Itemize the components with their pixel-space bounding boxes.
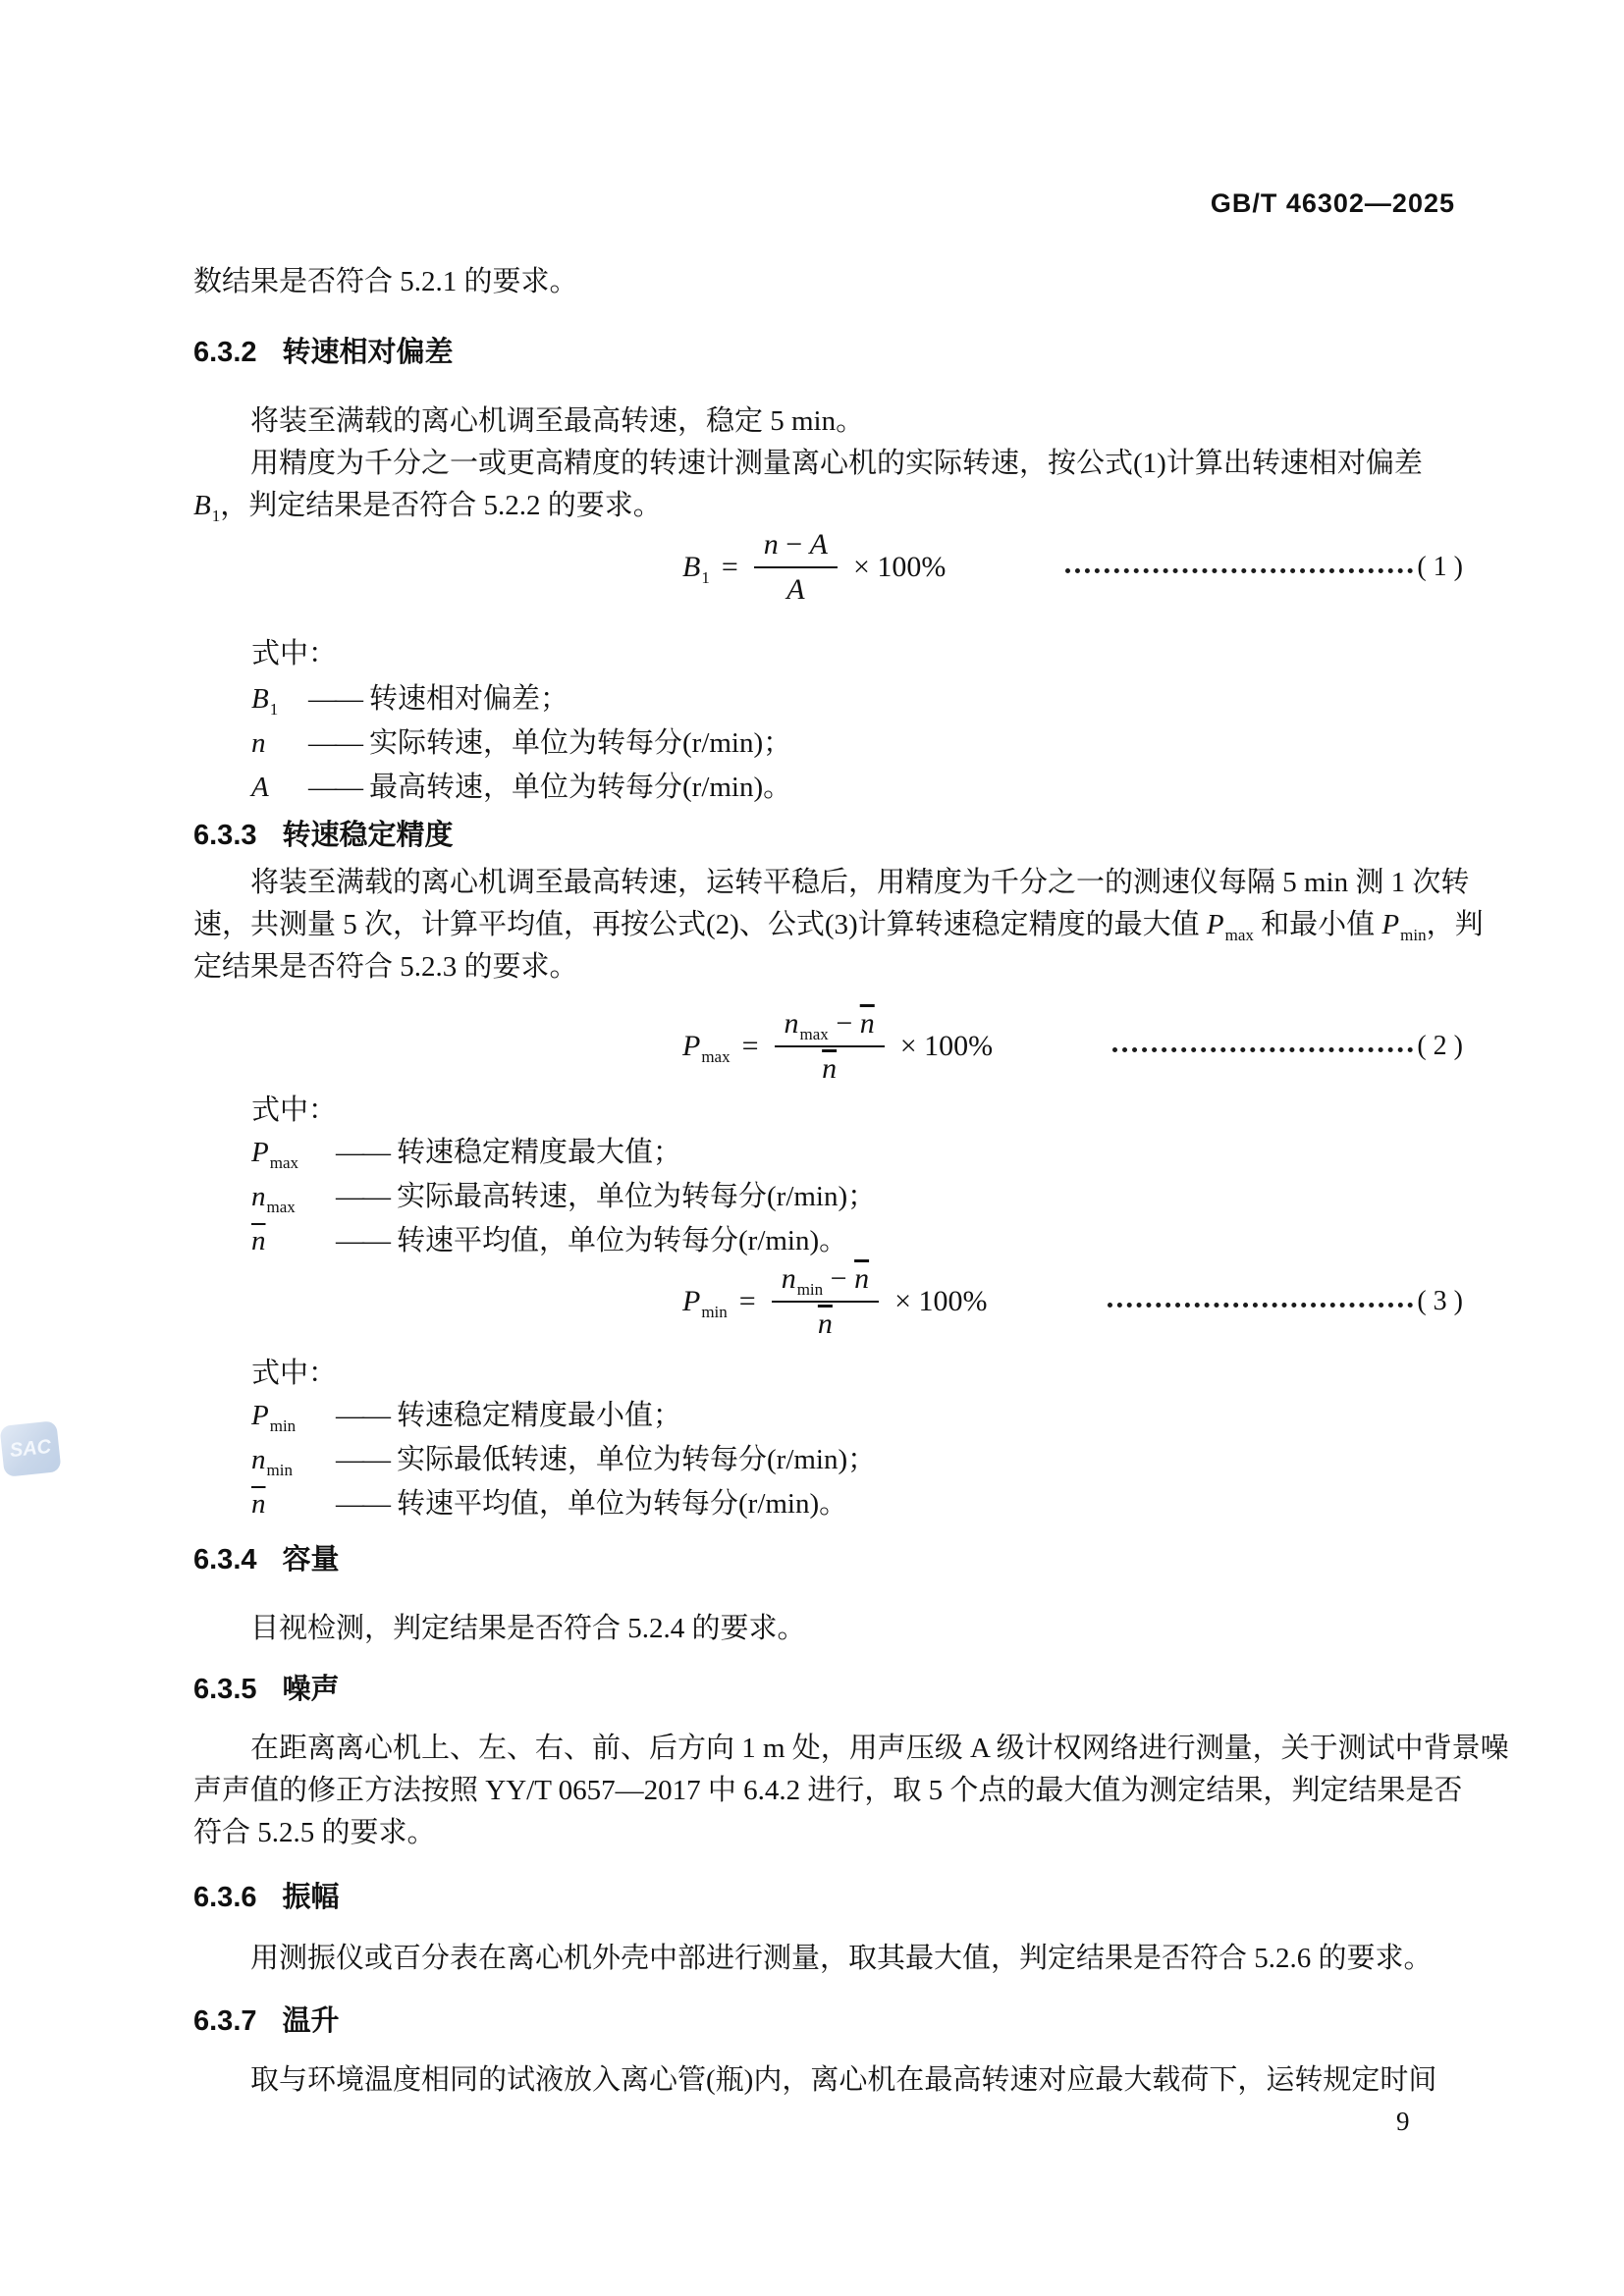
times-100-percent: × 100% [900, 1030, 993, 1063]
section-title: 温升 [283, 2005, 340, 2037]
definition-text: 实际最高转速，单位为转每分(r/min)； [397, 1175, 876, 1219]
section-title: 容量 [283, 1544, 340, 1575]
math-symbol: B [251, 683, 269, 715]
equals-sign: = [722, 551, 738, 584]
math-subscript: min [797, 1280, 823, 1299]
formula-lhs: Pmax [682, 1030, 731, 1063]
math-symbol: P [682, 1030, 700, 1062]
definition-text: 转速稳定精度最小值； [397, 1394, 681, 1438]
section-heading-633: 6.3.3转速稳定精度 [193, 813, 454, 853]
definition-row: nmin —— 实际最低转速，单位为转每分(r/min)； [251, 1438, 876, 1482]
math-symbol: B [193, 490, 211, 521]
where-label: 式中： [251, 1090, 337, 1132]
math-symbol: P [1207, 909, 1224, 940]
definition-symbol: n [251, 1482, 336, 1526]
fraction: nmin − n n [772, 1262, 879, 1341]
page-number: 9 [1396, 2107, 1410, 2137]
section-heading-637: 6.3.7温升 [193, 1999, 340, 2039]
formula-lhs: Pmin [682, 1285, 728, 1318]
math-symbol-overline: n [818, 1308, 833, 1340]
definition-row: n —— 转速平均值，单位为转每分(r/min)。 [251, 1482, 876, 1526]
section-number: 6.3.6 [193, 1882, 257, 1914]
math-subscript: min [267, 1461, 293, 1479]
section-636-paragraph: 用测振仪或百分表在离心机外壳中部进行测量，取其最大值，判定结果是否符合 5.2.… [193, 1938, 1469, 1980]
definition-row: Pmax —— 转速稳定精度最大值； [251, 1131, 876, 1175]
minus-sign: − [785, 528, 802, 561]
math-symbol: P [251, 1400, 269, 1431]
dotted-leader [1108, 1303, 1414, 1308]
fraction-numerator: nmin − n [772, 1262, 879, 1303]
definition-symbol: nmin [251, 1438, 336, 1482]
section-633-paragraph: 将装至满载的离心机调至最高转速，运转平稳后，用精度为千分之一的测速仪每隔 5 m… [193, 862, 1469, 988]
formula-1-definitions: B1 —— 转速相对偏差； n —— 实际转速，单位为转每分(r/min)； A… [251, 677, 791, 810]
math-subscript: min [1400, 926, 1426, 944]
definition-symbol: n [251, 721, 308, 766]
section-number: 6.3.4 [193, 1544, 257, 1576]
math-symbol: B [682, 551, 700, 583]
definition-symbol: A [251, 766, 308, 810]
math-subscript: 1 [701, 568, 710, 587]
fraction-denominator: n [822, 1047, 837, 1086]
formula-lhs: B1 [682, 551, 710, 584]
definition-dash: —— [308, 677, 361, 721]
section-title: 噪声 [283, 1674, 340, 1705]
math-subscript: max [267, 1198, 296, 1216]
equation-number: ( 1 ) [1417, 552, 1463, 583]
body-line: 速，共测量 5 次，计算平均值，再按公式(2)、公式(3)计算转速稳定精度的最大… [193, 904, 1469, 946]
math-symbol: P [251, 1137, 269, 1168]
equation-number: ( 3 ) [1417, 1286, 1463, 1317]
section-heading-634: 6.3.4容量 [193, 1537, 340, 1577]
where-label: 式中： [251, 633, 337, 675]
times-100-percent: × 100% [894, 1285, 987, 1318]
sac-watermark-label: SAC [9, 1435, 52, 1462]
section-title: 振幅 [283, 1882, 340, 1913]
definition-text: 转速相对偏差； [369, 677, 568, 721]
definition-row: B1 —— 转速相对偏差； [251, 677, 791, 721]
formula-1: B1 = n − A A × 100% [682, 528, 946, 607]
math-symbol: n [764, 528, 779, 561]
document-page: GB/T 46302—2025 SAC 数结果是否符合 5.2.1 的要求。 6… [0, 0, 1624, 2296]
body-line: 用测振仪或百分表在离心机外壳中部进行测量，取其最大值，判定结果是否符合 5.2.… [193, 1938, 1469, 1980]
definition-symbol: Pmax [251, 1131, 336, 1175]
where-label: 式中： [251, 1353, 337, 1395]
formula-3-row: Pmin = nmin − n n × 100% ( 3 ) [193, 1253, 1463, 1351]
formula-2-definitions: Pmax —— 转速稳定精度最大值； nmax —— 实际最高转速，单位为转每分… [251, 1131, 876, 1263]
fraction-denominator: A [786, 568, 804, 607]
formula-3: Pmin = nmin − n n × 100% [682, 1262, 988, 1341]
math-symbol: n [251, 727, 266, 759]
dotted-leader [1112, 1047, 1413, 1052]
section-number: 6.3.5 [193, 1674, 257, 1706]
dotted-leader [1065, 568, 1413, 573]
formula-2-row: Pmax = nmax − n n × 100% ( 2 ) [193, 997, 1463, 1095]
body-line: 将装至满载的离心机调至最高转速，稳定 5 min。 [193, 400, 1469, 443]
body-line: 数结果是否符合 5.2.1 的要求。 [193, 261, 1469, 303]
fraction-denominator: n [818, 1303, 833, 1341]
definition-row: Pmin —— 转速稳定精度最小值； [251, 1394, 876, 1438]
definition-dash: —— [336, 1438, 389, 1482]
definition-symbol: nmax [251, 1175, 336, 1219]
times-100-percent: × 100% [853, 551, 946, 584]
formula-2: Pmax = nmax − n n × 100% [682, 1007, 993, 1086]
definition-symbol: Pmin [251, 1394, 336, 1438]
standard-code: GB/T 46302—2025 [1211, 188, 1455, 219]
definition-dash: —— [336, 1482, 389, 1526]
math-symbol: n [251, 1444, 266, 1475]
definition-row: A —— 最高转速，单位为转每分(r/min)。 [251, 766, 791, 810]
math-symbol: P [1381, 909, 1399, 940]
math-symbol: A [786, 573, 804, 606]
math-symbol-overline: n [860, 1007, 875, 1040]
sac-watermark-badge: SAC [0, 1420, 62, 1477]
section-number: 6.3.2 [193, 337, 257, 369]
formula-1-row: B1 = n − A A × 100% ( 1 ) [193, 518, 1463, 616]
definition-dash: —— [308, 721, 361, 766]
body-line: 用精度为千分之一或更高精度的转速计测量离心机的实际转速，按公式(1)计算出转速相… [193, 443, 1469, 485]
definition-text: 最高转速，单位为转每分(r/min)。 [369, 766, 791, 810]
fraction: n − A A [754, 528, 838, 607]
math-symbol-overline: n [822, 1052, 837, 1085]
equals-sign: = [742, 1030, 759, 1063]
formula-3-definitions: Pmin —— 转速稳定精度最小值； nmin —— 实际最低转速，单位为转每分… [251, 1394, 876, 1526]
math-subscript: max [1225, 926, 1254, 944]
section-heading-636: 6.3.6振幅 [193, 1875, 340, 1915]
carryover-paragraph: 数结果是否符合 5.2.1 的要求。 [193, 261, 1469, 303]
equals-sign: = [739, 1285, 756, 1318]
body-text: ，判定结果是否符合 5.2.2 的要求。 [220, 490, 662, 521]
math-subscript: min [270, 1416, 296, 1435]
body-line: 取与环境温度相同的试液放入离心管(瓶)内，离心机在最高转速对应最大载荷下，运转规… [193, 2059, 1469, 2102]
definition-dash: —— [308, 766, 361, 810]
equation-number: ( 2 ) [1417, 1031, 1463, 1062]
body-line: 声声值的修正方法按照 YY/T 0657—2017 中 6.4.2 进行，取 5… [193, 1770, 1469, 1812]
math-symbol: A [251, 772, 269, 803]
body-text: 和最小值 [1254, 909, 1382, 940]
definition-row: nmax —— 实际最高转速，单位为转每分(r/min)； [251, 1175, 876, 1219]
section-637-paragraph: 取与环境温度相同的试液放入离心管(瓶)内，离心机在最高转速对应最大载荷下，运转规… [193, 2059, 1469, 2102]
math-subscript: max [270, 1153, 298, 1172]
math-symbol-overline: n [251, 1488, 266, 1520]
math-symbol-overline: n [854, 1262, 869, 1295]
math-subscript: 1 [270, 700, 279, 719]
definition-text: 实际最低转速，单位为转每分(r/min)； [397, 1438, 876, 1482]
section-634-paragraph: 目视检测，判定结果是否符合 5.2.4 的要求。 [193, 1608, 1469, 1650]
fraction-numerator: n − A [754, 528, 838, 568]
section-heading-635: 6.3.5噪声 [193, 1667, 340, 1707]
definition-symbol: B1 [251, 677, 308, 721]
definition-text: 转速平均值，单位为转每分(r/min)。 [397, 1482, 847, 1526]
math-symbol: n [782, 1262, 796, 1295]
definition-dash: —— [336, 1394, 389, 1438]
body-line: 目视检测，判定结果是否符合 5.2.4 的要求。 [193, 1608, 1469, 1650]
section-heading-632: 6.3.2转速相对偏差 [193, 330, 454, 370]
body-line: 将装至满载的离心机调至最高转速，运转平稳后，用精度为千分之一的测速仪每隔 5 m… [193, 862, 1469, 904]
body-line: 在距离离心机上、左、右、前、后方向 1 m 处，用声压级 A 级计权网络进行测量… [193, 1728, 1469, 1770]
definition-row: n —— 实际转速，单位为转每分(r/min)； [251, 721, 791, 766]
section-635-paragraph: 在距离离心机上、左、右、前、后方向 1 m 处，用声压级 A 级计权网络进行测量… [193, 1728, 1469, 1854]
math-symbol: P [682, 1285, 700, 1317]
math-symbol: n [785, 1007, 799, 1040]
body-text: ，判 [1427, 909, 1484, 940]
section-title: 转速相对偏差 [283, 337, 454, 368]
definition-text: 实际转速，单位为转每分(r/min)； [369, 721, 791, 766]
body-text: 速，共测量 5 次，计算平均值，再按公式(2)、公式(3)计算转速稳定精度的最大… [193, 909, 1207, 940]
definition-text: 转速稳定精度最大值； [397, 1131, 681, 1175]
section-number: 6.3.3 [193, 820, 257, 852]
fraction-numerator: nmax − n [775, 1007, 885, 1047]
definition-dash: —— [336, 1175, 389, 1219]
section-title: 转速稳定精度 [283, 820, 454, 851]
section-632-paragraph: 将装至满载的离心机调至最高转速，稳定 5 min。 用精度为千分之一或更高精度的… [193, 400, 1469, 527]
fraction: nmax − n n [775, 1007, 885, 1086]
minus-sign: − [836, 1007, 852, 1040]
math-subscript: max [701, 1047, 730, 1066]
math-symbol: n [251, 1181, 266, 1212]
math-subscript: max [800, 1025, 829, 1043]
definition-dash: —— [336, 1131, 389, 1175]
section-number: 6.3.7 [193, 2005, 257, 2038]
math-subscript: min [701, 1303, 727, 1321]
body-line: 符合 5.2.5 的要求。 [193, 1812, 1469, 1854]
math-symbol: A [810, 528, 828, 561]
body-line: 定结果是否符合 5.2.3 的要求。 [193, 946, 1469, 988]
minus-sign: − [831, 1262, 847, 1295]
